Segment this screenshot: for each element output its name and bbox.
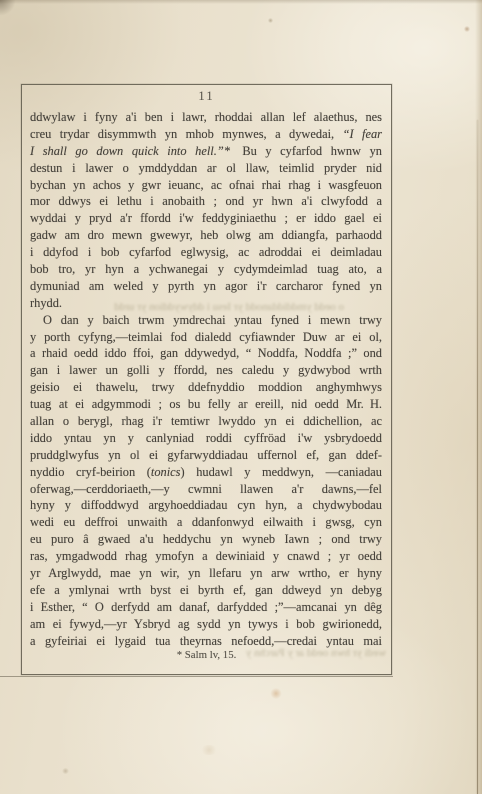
text-line: pruddglwyfus yn ol ei gyfarwyddiadau uff… [30,447,382,464]
text-segment: pruddglwyfus yn ol ei gyfarwyddiadau uff… [30,448,382,462]
text-line: a rhaid oedd iddo ffoi, gan ddywedyd, “ … [30,345,382,362]
text-segment: yr Arglwydd, mae yn wir, yn llefaru yn a… [30,566,382,580]
text-line: O dan y baich trwm ymdrechai yntau fyned… [30,312,382,329]
top-left-corner-smudge [0,0,16,16]
fox-spot [270,688,282,699]
text-line: mor ddwys ei lethu i anobaith ; ond yr h… [30,193,382,210]
text-segment: ras, ymgadwodd rhag ymofyn a dewiniaid y… [30,549,382,563]
text-segment: eu puro â gwaed a'u heddychu yn wyneb Ia… [30,532,382,546]
text-segment: O dan y baich trwm ymdrechai yntau fyned… [43,313,382,327]
text-segment: i Esther, “ O derfydd am danaf, darfydde… [30,600,382,614]
text-segment: Bu y cyfarfod hwnw yn [230,144,382,158]
text-segment: ddwylaw i fyny a'i ben i lawr, rhoddai a… [30,110,382,124]
text-segment: bob tro, yr hyn a ychwanegai y cydymdeim… [30,262,382,276]
text-line: dymuniad am weled y pyrth yn agor i'r ca… [30,278,382,295]
paper-top-edge-shade [0,0,482,4]
text-line: I shall go down quick into hell.”* Bu y … [30,143,382,160]
page-bottom-rule [0,676,393,677]
text-frame-border: 11 ddwylaw i fyny a'i ben i lawr, rhodda… [21,84,392,675]
page-edge-crease [477,120,478,794]
italic-text-segment: tonics [151,465,181,479]
text-line: hyny y diffoddwyd argyhoeddiadau cyn hyn… [30,497,382,514]
page-number: 11 [22,88,391,104]
text-segment: dymuniad am weled y pyrth yn agor i'r ca… [30,279,382,293]
text-line: bob tro, yr hyn a ychwanegai y cydymdeim… [30,261,382,278]
text-line: iddo yntau yn y canlyniad roddi cyffröad… [30,430,382,447]
text-segment: creu trydar disymmwth yn mhob mynwes, a … [30,127,343,141]
text-line: efe a ymlynai wrth byst ei byrth ef, gan… [30,582,382,599]
show-through-text: o oedd ymddiddanodd yr Iesu i ddywyddion… [74,301,344,313]
text-line: ddwylaw i fyny a'i ben i lawr, rhoddai a… [30,109,382,126]
text-segment: y porth cyfyng,—teimlai fod dialedd cyfi… [30,330,382,344]
body-text: ddwylaw i fyny a'i ben i lawr, rhoddai a… [30,109,382,650]
text-segment: i ddyfod i bob cyfarfod eglwysig, ac adr… [30,245,382,259]
text-line: nyddio cryf-beirion (tonics) hudawl y me… [30,464,382,481]
italic-text-segment: “I fear [343,127,382,141]
text-line: bychan yn achos y gwr ieuanc, ac ofnai r… [30,177,382,194]
text-segment: efe a ymlynai wrth byst ei byrth ef, gan… [30,583,382,597]
text-segment: a rhaid oedd iddo ffoi, gan ddywedyd, “ … [30,346,382,360]
text-segment: am ei fywyd,—yr Ysbryd ag sydd yn tywys … [30,617,382,631]
fox-spot [268,18,273,23]
text-segment: mor ddwys ei lethu i anobaith ; ond yr h… [30,194,382,208]
fox-spot [464,26,470,32]
text-segment: oferwag,—cerddoriaeth,—y cwmni llawen a'… [30,482,382,496]
text-segment: hyny y diffoddwyd argyhoeddiadau cyn hyn… [30,498,382,512]
text-segment: tuag at ei adgymmodi ; os bu felly ar er… [30,397,382,411]
text-segment: nyddio cryf-beirion ( [30,465,151,479]
text-segment: bychan yn achos y gwr ieuanc, ac ofnai r… [30,178,382,192]
text-line: geisio ei thawelu, trwy ddefnyddio moddi… [30,379,382,396]
text-segment: wyddai y pryd a'r ffordd i'w feddyginiae… [30,211,382,225]
text-line: gan i lawer un golli y ffordd, nes caled… [30,362,382,379]
text-segment: wedi eu deffroi unwaith a ddanfonwyd eil… [30,515,382,529]
text-line: ras, ymgadwodd rhag ymofyn a dewiniaid y… [30,548,382,565]
text-line: creu trydar disymmwth yn mhob mynwes, a … [30,126,382,143]
text-line: wedi eu deffroi unwaith a ddanfonwyd eil… [30,514,382,531]
text-line: destun i lawer o ymddyddan ar ol llaw, t… [30,160,382,177]
text-segment: destun i lawer o ymddyddan ar ol llaw, t… [30,161,382,175]
text-segment: allan o berygl, rhag i'r temtiwr lwyddo … [30,414,382,428]
italic-text-segment: I shall go down quick into hell.”* [30,144,230,158]
text-line: yr Arglwydd, mae yn wir, yn llefaru yn a… [30,565,382,582]
text-line: eu puro â gwaed a'u heddychu yn wyneb Ia… [30,531,382,548]
text-segment: geisio ei thawelu, trwy ddefnyddio moddi… [30,380,382,394]
text-segment: ) hudawl y meddwyn, —caniadau [180,465,382,479]
text-segment: iddo yntau yn y canlyniad roddi cyffröad… [30,431,382,445]
text-segment: rhydd. [30,296,62,310]
text-line: allan o berygl, rhag i'r temtiwr lwyddo … [30,413,382,430]
text-line: y porth cyfyng,—teimlai fod dialedd cyfi… [30,329,382,346]
text-line: i ddyfod i bob cyfarfod eglwysig, ac adr… [30,244,382,261]
text-line: oferwag,—cerddoriaeth,—y cwmni llawen a'… [30,481,382,498]
scanned-book-page: { "colors": { "paper": "#e8dfcb", "ink":… [0,0,482,794]
fox-spot [62,768,69,774]
text-line: i Esther, “ O derfydd am danaf, darfydde… [30,599,382,616]
text-line: wyddai y pryd a'r ffordd i'w feddyginiae… [30,210,382,227]
text-line: gadw am dro mewn gwewyr, heb olwg am ddi… [30,227,382,244]
text-segment: gadw am dro mewn gwewyr, heb olwg am ddi… [30,228,382,242]
text-line: tuag at ei adgymmodi ; os bu felly ar er… [30,396,382,413]
paper-blemish [200,745,218,755]
text-segment: gan i lawer un golli y ffordd, nes caled… [30,363,382,377]
text-segment: a gyfeiriai ei lygaid tua theyrnas nefoe… [30,634,382,648]
show-through-text: wedi yr hwn oedd ar y Parchn y [238,647,386,659]
text-line: am ei fywyd,—yr Ysbryd ag sydd yn tywys … [30,616,382,633]
